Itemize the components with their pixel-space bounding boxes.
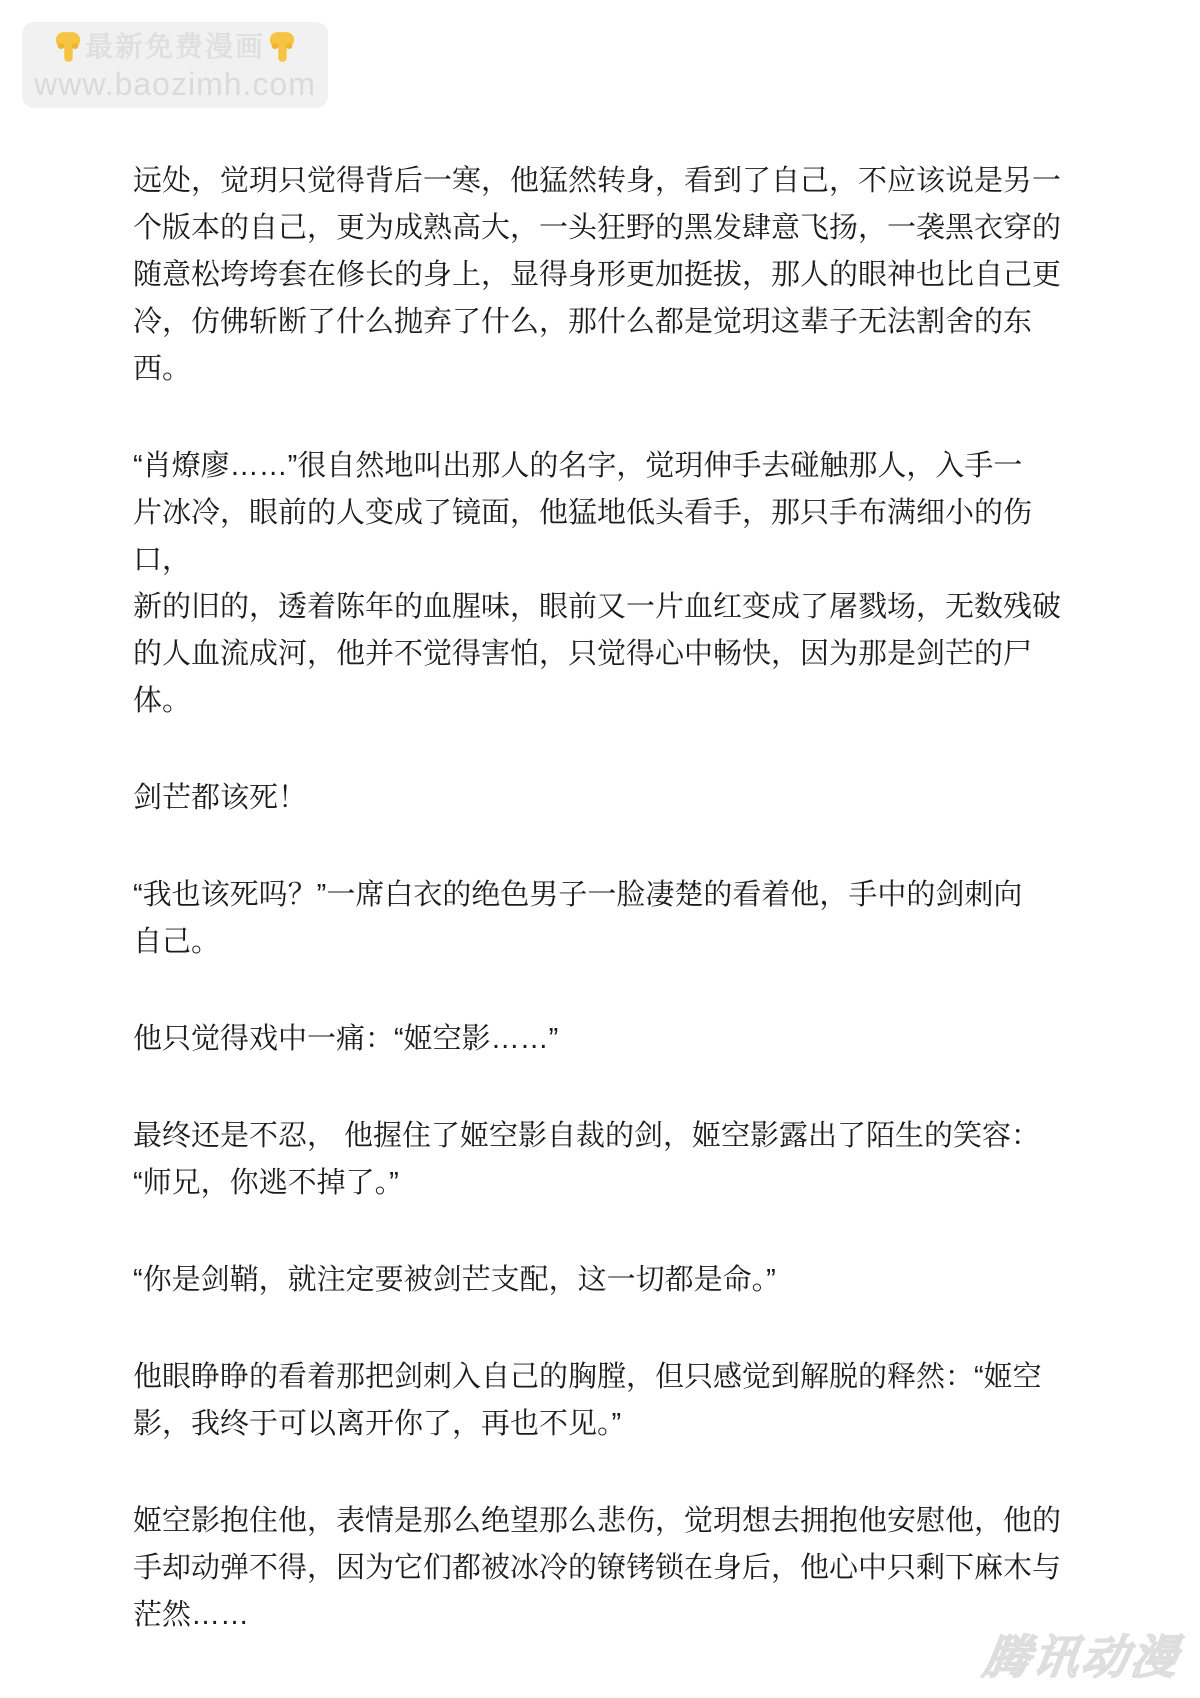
novel-paragraph: 他只觉得戏中一痛：“姬空影……” [133,1016,1083,1063]
site-watermark-title-row: 最新免费漫画 [54,31,296,63]
novel-paragraph: 姬空影抱住他，表情是那么绝望那么悲伤，觉玥想去拥抱他安慰他，他的 手却动弹不得，… [133,1498,1083,1639]
tencent-comics-logo: 腾讯动漫 [981,1634,1183,1680]
novel-paragraph: “肖燎廖……”很自然地叫出那人的名字，觉玥伸手去碰触那人，入手一 片冰冷，眼前的… [133,443,1083,725]
site-watermark-title: 最新免费漫画 [85,33,265,61]
novel-text-page: 远处，觉玥只觉得背后一寒，他猛然转身，看到了自己，不应该说是另一 个版本的自己，… [133,158,1083,1639]
novel-paragraph: 远处，觉玥只觉得背后一寒，他猛然转身，看到了自己，不应该说是另一 个版本的自己，… [133,158,1083,393]
novel-paragraph: 他眼睁睁的看着那把剑刺入自己的胸膛，但只感觉到解脱的释然：“姬空 影，我终于可以… [133,1354,1083,1448]
novel-paragraph: “你是剑鞘，就注定要被剑芒支配，这一切都是命。” [133,1257,1083,1304]
pointing-down-hand-icon [268,31,296,63]
site-watermark-url: www.baozimh.com [34,68,316,100]
novel-paragraph: 最终还是不忍， 他握住了姬空影自裁的剑，姬空影露出了陌生的笑容： “师兄，你逃不… [133,1113,1083,1207]
novel-paragraph: 剑芒都该死！ [133,775,1083,822]
site-watermark: 最新免费漫画 www.baozimh.com [22,22,328,108]
novel-paragraph: “我也该死吗？”一席白衣的绝色男子一脸凄楚的看着他，手中的剑刺向 自己。 [133,872,1083,966]
pointing-down-hand-icon [54,31,82,63]
